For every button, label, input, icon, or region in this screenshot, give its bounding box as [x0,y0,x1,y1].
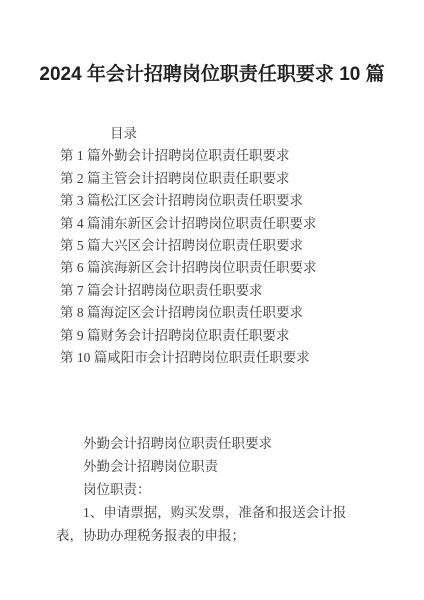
toc-item-9: 第 9 篇财务会计招聘岗位职责任职要求 [60,325,424,347]
table-of-contents: 目录 第 1 篇外勤会计招聘岗位职责任职要求 第 2 篇主管会计招聘岗位职责任职… [60,123,424,369]
section-subheading: 外勤会计招聘岗位职责 [56,455,368,478]
toc-item-8: 第 8 篇海淀区会计招聘岗位职责任职要求 [60,302,424,324]
document-page: 2024 年会计招聘岗位职责任职要求 10 篇 目录 第 1 篇外勤会计招聘岗位… [0,0,424,600]
duty-paragraph: 1、申请票据，购买发票，准备和报送会计报表，协助办理税务报表的申报； [56,501,368,547]
document-title: 2024 年会计招聘岗位职责任职要求 10 篇 [28,62,396,88]
toc-item-10: 第 10 篇咸阳市会计招聘岗位职责任职要求 [60,347,424,369]
toc-item-1: 第 1 篇外勤会计招聘岗位职责任职要求 [60,145,424,167]
toc-item-7: 第 7 篇会计招聘岗位职责任职要求 [60,280,424,302]
toc-item-4: 第 4 篇浦东新区会计招聘岗位职责任职要求 [60,213,424,235]
duties-label: 岗位职责： [56,478,368,501]
toc-heading: 目录 [110,123,424,145]
toc-item-2: 第 2 篇主管会计招聘岗位职责任职要求 [60,168,424,190]
toc-item-6: 第 6 篇滨海新区会计招聘岗位职责任职要求 [60,257,424,279]
body-section: 外勤会计招聘岗位职责任职要求 外勤会计招聘岗位职责 岗位职责： 1、申请票据，购… [56,432,368,547]
toc-item-3: 第 3 篇松江区会计招聘岗位职责任职要求 [60,190,424,212]
toc-item-5: 第 5 篇大兴区会计招聘岗位职责任职要求 [60,235,424,257]
section-heading: 外勤会计招聘岗位职责任职要求 [56,432,368,455]
